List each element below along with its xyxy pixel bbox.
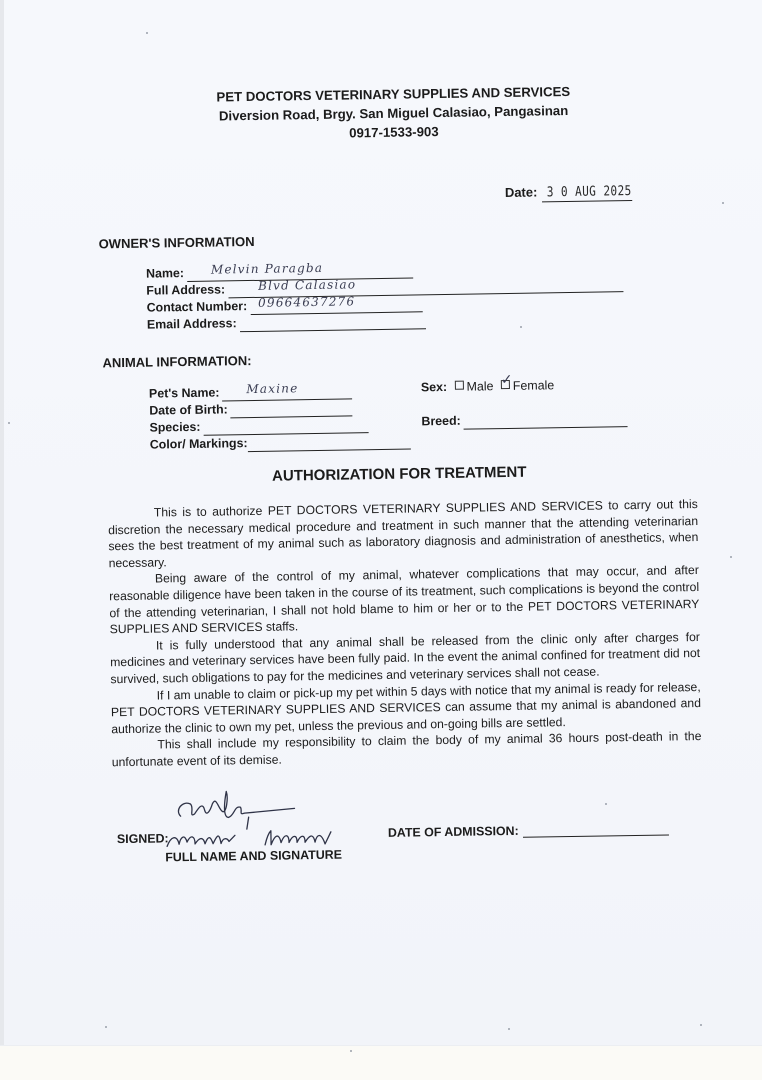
species-label: Species: — [149, 419, 200, 437]
female-checkbox[interactable]: ✓ — [501, 380, 510, 389]
breed-line[interactable] — [464, 410, 628, 430]
color-markings-field[interactable]: Color/ Markings: — [150, 433, 411, 454]
date-of-admission-field[interactable]: DATE OF ADMISSION: — [388, 821, 669, 840]
male-checkbox[interactable] — [454, 381, 463, 390]
owner-section-title: OWNER'S INFORMATION — [99, 234, 255, 251]
authorization-title: AUTHORIZATION FOR TREATMENT — [139, 462, 659, 487]
date-value: 3 0 AUG 2025 — [542, 183, 632, 202]
scan-speck — [105, 1026, 107, 1028]
date-of-birth-line[interactable] — [231, 399, 353, 418]
owner-name-value: Melvin Paragba — [211, 260, 324, 279]
owner-email-label: Email Address: — [147, 315, 237, 333]
breed-label: Breed: — [421, 413, 461, 431]
breed-field[interactable]: Breed: — [421, 410, 627, 430]
signature-caption: FULL NAME AND SIGNATURE — [165, 848, 342, 865]
owner-address-label: Full Address: — [146, 281, 225, 299]
sex-label: Sex: — [421, 380, 447, 394]
color-markings-label: Color/ Markings: — [150, 435, 248, 454]
owner-email-line[interactable] — [240, 312, 426, 332]
scan-speck — [520, 326, 522, 328]
checkmark-icon: ✓ — [501, 372, 513, 388]
color-markings-line[interactable] — [247, 433, 410, 453]
owner-contact-label: Contact Number: — [147, 298, 248, 317]
sex-field: Sex: Male ✓Female — [421, 378, 554, 394]
scanner-bed-strip — [0, 1045, 762, 1080]
male-label: Male — [466, 379, 493, 393]
date-of-admission-line[interactable] — [523, 821, 669, 838]
authorization-body: This is to authorize PET DOCTORS VETERIN… — [108, 496, 702, 771]
date-of-birth-label: Date of Birth: — [149, 401, 228, 419]
owner-name-label: Name: — [146, 265, 184, 283]
scan-speck — [350, 1050, 352, 1052]
owner-email-field[interactable]: Email Address: — [147, 312, 426, 333]
female-label: Female — [513, 378, 555, 393]
handwritten-signature[interactable] — [164, 786, 340, 854]
consent-form-page: PET DOCTORS VETERINARY SUPPLIES AND SERV… — [0, 0, 762, 1051]
authorization-paragraph: Being aware of the control of my animal,… — [109, 562, 700, 638]
animal-section-title: ANIMAL INFORMATION: — [102, 353, 251, 370]
letterhead: PET DOCTORS VETERINARY SUPPLIES AND SERV… — [133, 81, 654, 146]
owner-contact-value: 09664637276 — [258, 293, 355, 312]
scan-speck — [8, 422, 10, 424]
pet-name-value: Maxine — [246, 380, 298, 398]
scan-speck — [722, 202, 724, 204]
date-field[interactable]: Date: 3 0 AUG 2025 — [505, 182, 652, 203]
pet-name-label: Pet's Name: — [149, 385, 220, 403]
scan-speck — [605, 803, 607, 805]
date-label: Date: — [505, 184, 538, 200]
date-of-admission-label: DATE OF ADMISSION: — [388, 824, 519, 840]
scan-speck — [508, 1028, 510, 1030]
authorization-paragraph: This is to authorize PET DOCTORS VETERIN… — [108, 496, 699, 572]
scan-speck — [700, 1024, 702, 1026]
owner-address-value: Blvd Calasiao — [258, 276, 357, 295]
scan-speck — [146, 32, 148, 34]
pet-name-line[interactable]: Maxine — [222, 382, 352, 401]
signed-label: SIGNED: — [117, 831, 169, 846]
scan-speck — [730, 556, 732, 558]
